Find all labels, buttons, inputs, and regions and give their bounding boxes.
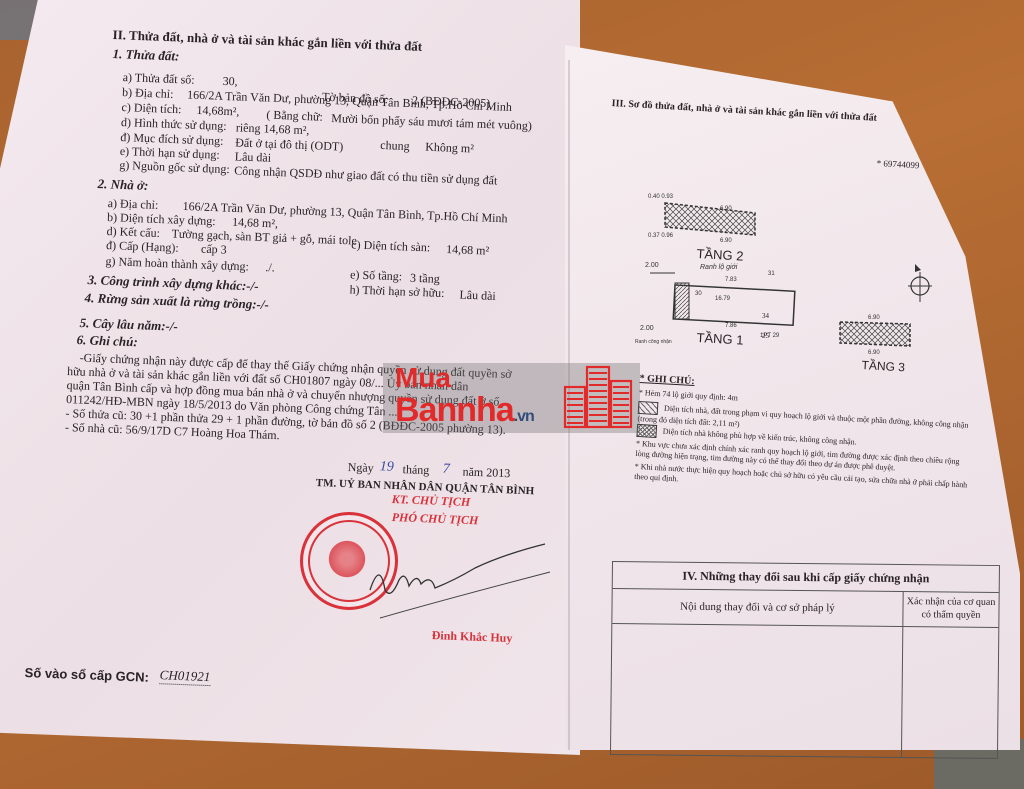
watermark-brand-line-1: Mua — [395, 364, 451, 392]
land-parcel-value: 30, — [222, 74, 238, 90]
svg-text:7.86: 7.86 — [725, 323, 737, 329]
svg-text:6.90: 6.90 — [868, 350, 880, 355]
svg-text:16.79: 16.79 — [715, 296, 731, 302]
grade-value: cấp 3 — [201, 242, 227, 258]
watermark-banner: Mua Bannha.vn — [383, 363, 640, 433]
svg-text:6.90: 6.90 — [720, 206, 732, 212]
floor-1-label: TẦNG 1 — [696, 330, 744, 348]
changes-table: IV. Những thay đổi sau khi cấp giấy chứn… — [610, 561, 1000, 759]
north-arrow-icon — [905, 262, 935, 307]
svg-text:2.00: 2.00 — [640, 325, 654, 332]
date-month-label: tháng — [402, 462, 429, 478]
svg-text:6.90: 6.90 — [868, 315, 880, 321]
floor-plan-3: 6.90 6.90 — [830, 310, 920, 355]
registry-value: CH01921 — [159, 667, 210, 686]
watermark-brand-line-2: Bannha.vn — [395, 393, 534, 427]
date-day: 19 — [379, 459, 394, 476]
floor-area-label: c) Diện tích sàn: — [351, 237, 431, 255]
date-year: năm 2013 — [462, 464, 510, 481]
changes-col-content: Nội dung thay đổi và cơ sở pháp lý — [612, 589, 903, 626]
shared-area-label: chung — [380, 138, 410, 154]
building-icon — [563, 365, 633, 429]
changes-table-title: IV. Những thay đổi sau khi cấp giấy chứn… — [613, 562, 999, 593]
signer-name: Đinh Khắc Huy — [431, 628, 512, 646]
shared-area-value: Không m² — [425, 140, 474, 157]
svg-text:0.40 0.93: 0.40 0.93 — [648, 194, 674, 200]
floor-plan-2: 0.40 0.93 6.90 0.37 0.96 6.90 — [640, 185, 780, 255]
changes-content-cell — [611, 624, 903, 757]
date-prefix: Ngày — [347, 460, 374, 476]
notes-heading: 6. Ghi chú: — [76, 332, 138, 350]
plot-25: 25 — [762, 332, 769, 340]
grade-label: đ) Cấp (Hạng): — [106, 238, 179, 256]
land-area-value: 14,68m², — [196, 103, 239, 120]
svg-text:2.00: 2.00 — [645, 262, 659, 269]
svg-text:30: 30 — [695, 291, 702, 297]
ownership-term-value: Lâu dài — [459, 288, 496, 304]
signature-stroke — [360, 540, 560, 620]
land-heading: 1. Thửa đất: — [112, 46, 179, 65]
house-heading: 2. Nhà ở: — [97, 176, 148, 194]
svg-text:0.37 0.96: 0.37 0.96 — [648, 233, 674, 239]
changes-confirmation-cell — [902, 627, 998, 758]
completion-year-value: ./. — [265, 260, 275, 275]
svg-text:6.90: 6.90 — [720, 238, 732, 244]
svg-text:Ranh lộ giới: Ranh lộ giới — [700, 264, 738, 271]
floor-3-label: TẦNG 3 — [861, 358, 905, 374]
hatch-legend-icon — [638, 401, 659, 415]
svg-text:Ranh công nhận: Ranh công nhận — [635, 339, 672, 345]
signer-role-1: KT. CHỦ TỊCH — [391, 492, 470, 510]
floor-area-value: 14,68 m² — [446, 242, 489, 259]
date-month: 7 — [442, 462, 450, 478]
svg-text:31: 31 — [768, 271, 775, 277]
changes-col-confirmation: Xác nhận của cơ quan có thẩm quyền — [903, 592, 998, 627]
svg-text:7.83: 7.83 — [725, 277, 737, 283]
plot-34: 34 — [762, 312, 769, 320]
